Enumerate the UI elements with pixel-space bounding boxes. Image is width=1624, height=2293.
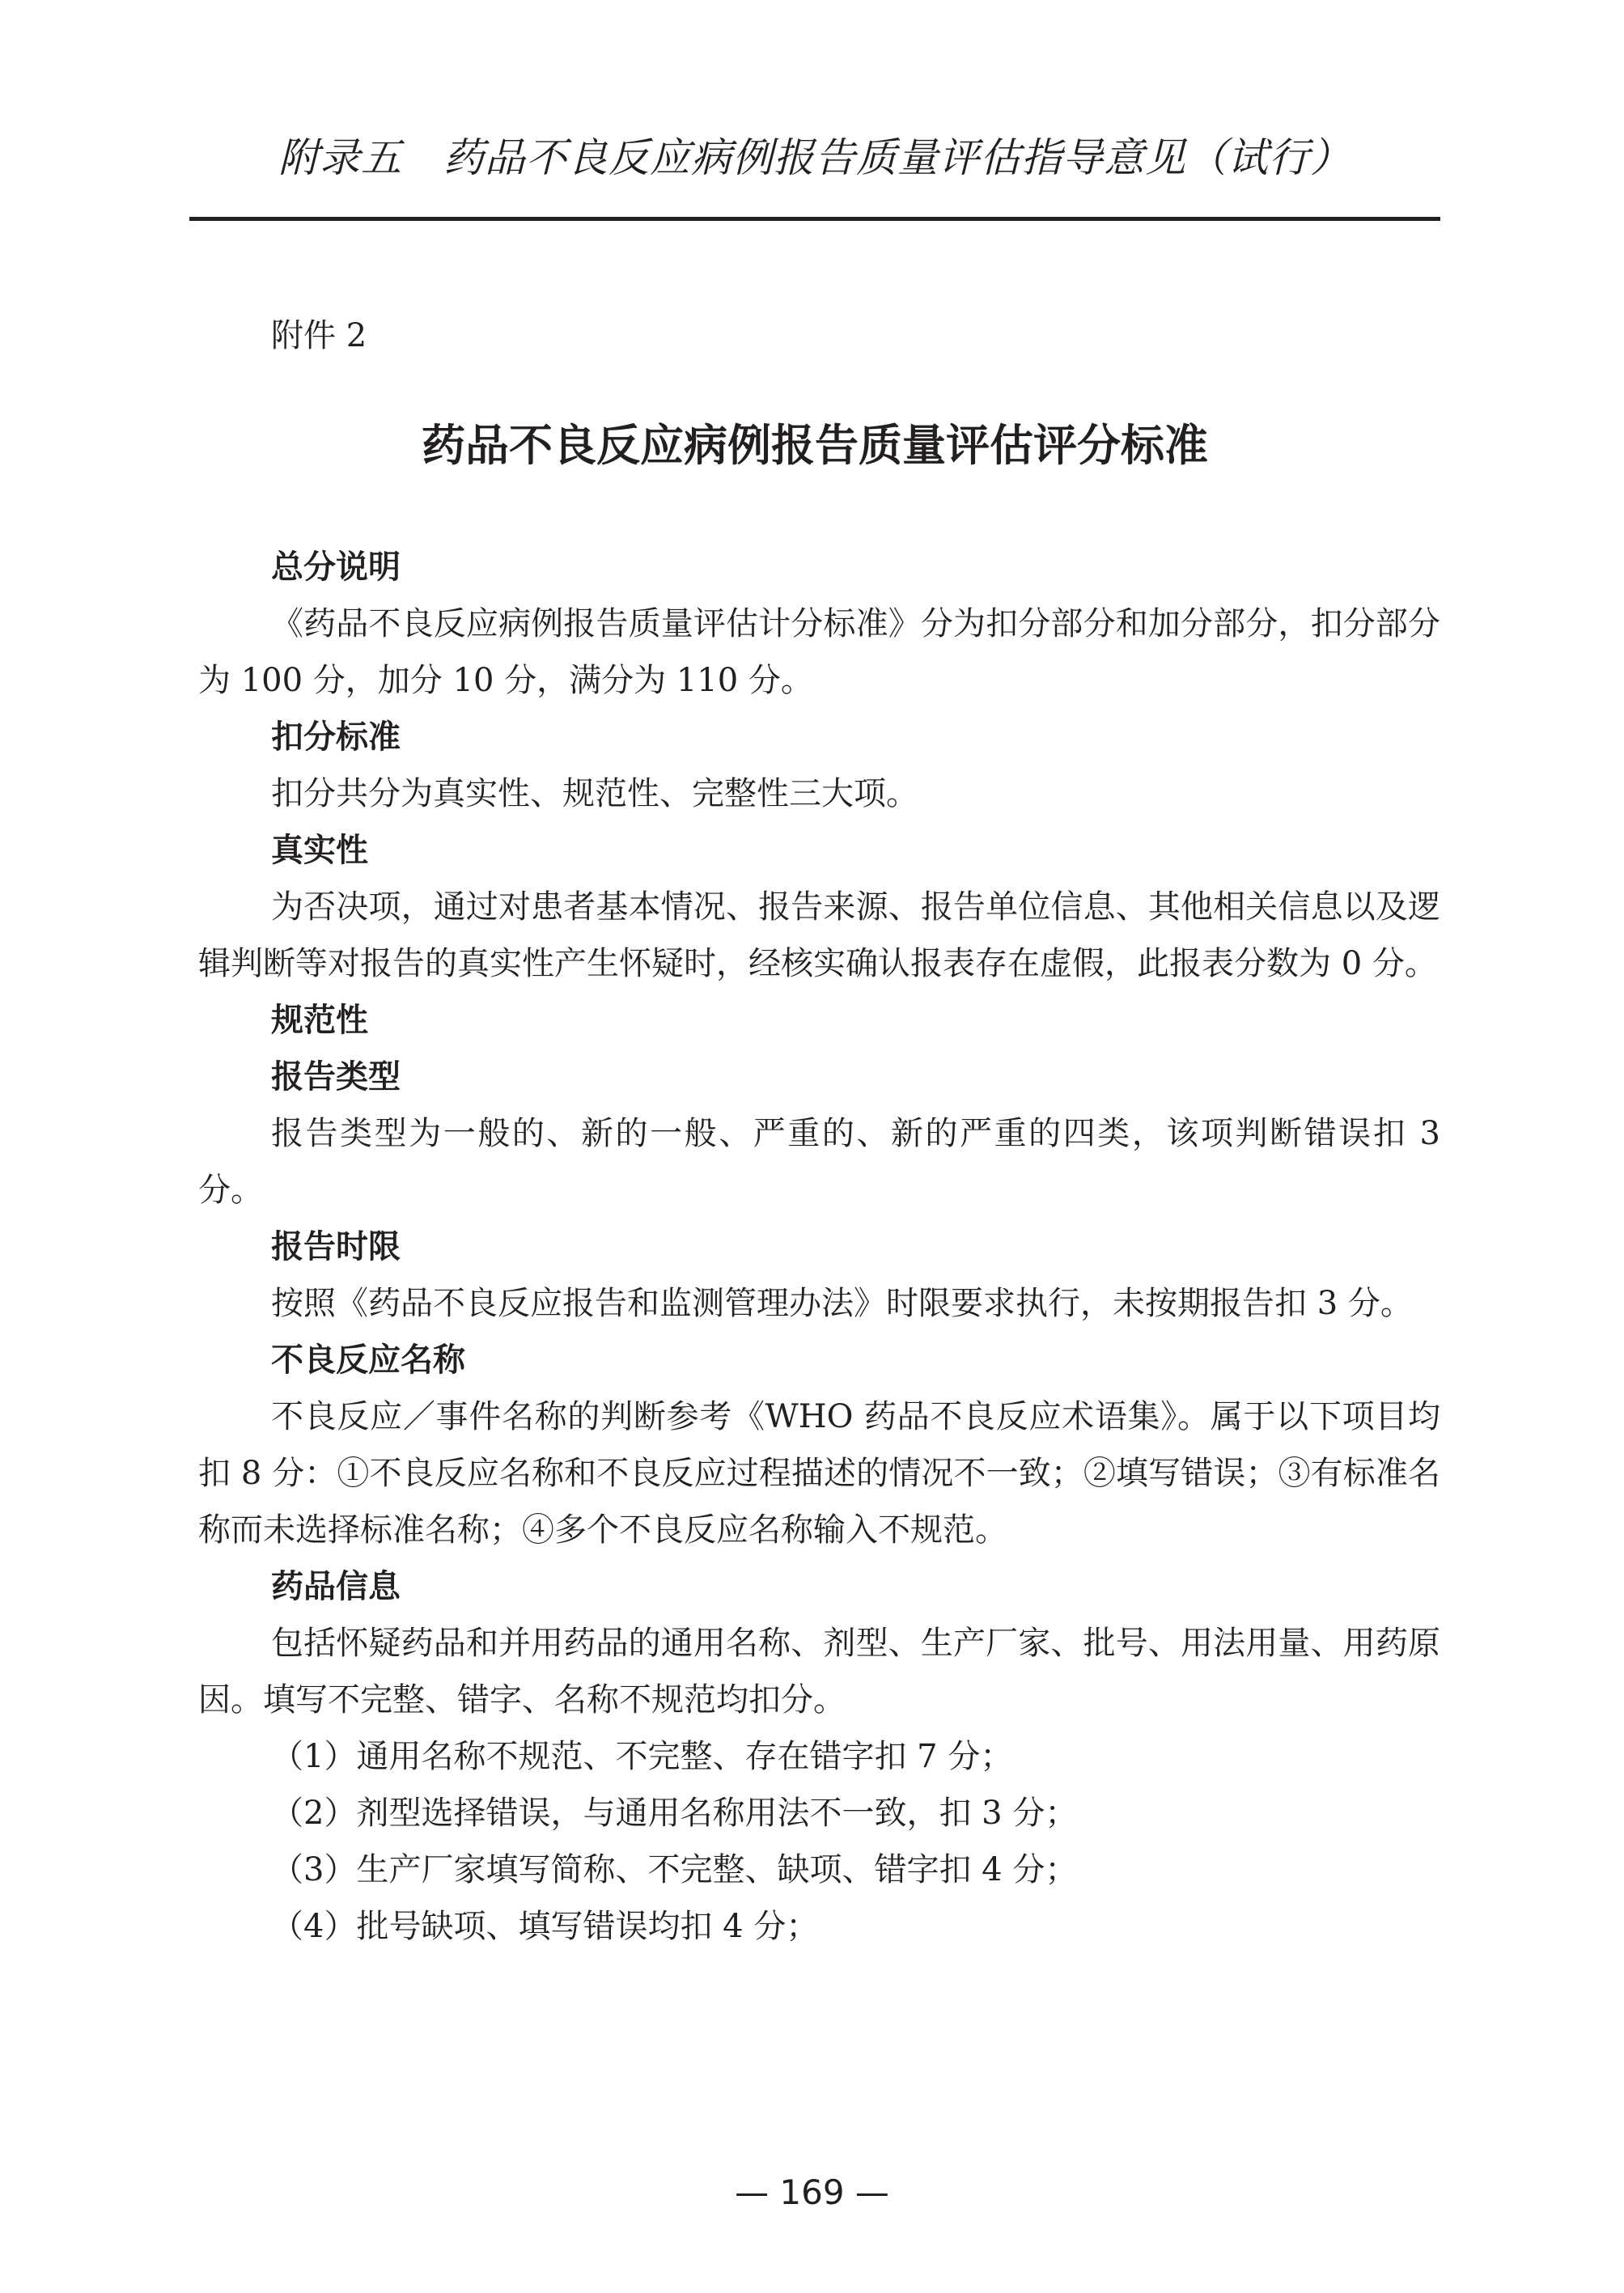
section-heading-drug-info: 药品信息 (198, 1558, 1440, 1615)
section-heading-deduction-standard: 扣分标准 (198, 709, 1440, 765)
paragraph-total-score: 《药品不良反应病例报告质量评估计分标准》分为扣分部分和加分部分，扣分部分为 10… (198, 596, 1440, 709)
page-number: — 169 — (0, 2168, 1624, 2217)
document-page: 附录五 药品不良反应病例报告质量评估指导意见（试行） 附件 2 药品不良反应病例… (0, 0, 1624, 2293)
attachment-label: 附件 2 (271, 312, 367, 360)
paragraph-deduction-standard: 扣分共分为真实性、规范性、完整性三大项。 (198, 765, 1440, 822)
paragraph-report-type: 报告类型为一般的、新的一般、严重的、新的严重的四类，该项判断错误扣 3 分。 (198, 1105, 1440, 1219)
section-heading-report-deadline: 报告时限 (198, 1219, 1440, 1275)
running-header: 附录五 药品不良反应病例报告质量评估指导意见（试行） (189, 129, 1440, 186)
section-heading-authenticity: 真实性 (198, 822, 1440, 879)
section-heading-adr-name: 不良反应名称 (198, 1332, 1440, 1388)
document-body: 总分说明 《药品不良反应病例报告质量评估计分标准》分为扣分部分和加分部分，扣分部… (198, 539, 1440, 1955)
section-heading-standardization: 规范性 (198, 992, 1440, 1049)
list-item: （2）剂型选择错误，与通用名称用法不一致，扣 3 分； (198, 1785, 1440, 1842)
paragraph-adr-name: 不良反应／事件名称的判断参考《WHO 药品不良反应术语集》。属于以下项目均扣 8… (198, 1388, 1440, 1558)
section-heading-total-score: 总分说明 (198, 539, 1440, 596)
paragraph-drug-info: 包括怀疑药品和并用药品的通用名称、剂型、生产厂家、批号、用法用量、用药原因。填写… (198, 1615, 1440, 1728)
list-item: （3）生产厂家填写简称、不完整、缺项、错字扣 4 分； (198, 1842, 1440, 1898)
paragraph-authenticity: 为否决项，通过对患者基本情况、报告来源、报告单位信息、其他相关信息以及逻辑判断等… (198, 879, 1440, 992)
document-title: 药品不良反应病例报告质量评估评分标准 (189, 413, 1440, 477)
list-item: （4）批号缺项、填写错误均扣 4 分； (198, 1898, 1440, 1955)
paragraph-report-deadline: 按照《药品不良反应报告和监测管理办法》时限要求执行，未按期报告扣 3 分。 (198, 1275, 1440, 1332)
list-item: （1）通用名称不规范、不完整、存在错字扣 7 分； (198, 1728, 1440, 1785)
section-heading-report-type: 报告类型 (198, 1049, 1440, 1105)
header-divider (189, 217, 1440, 221)
